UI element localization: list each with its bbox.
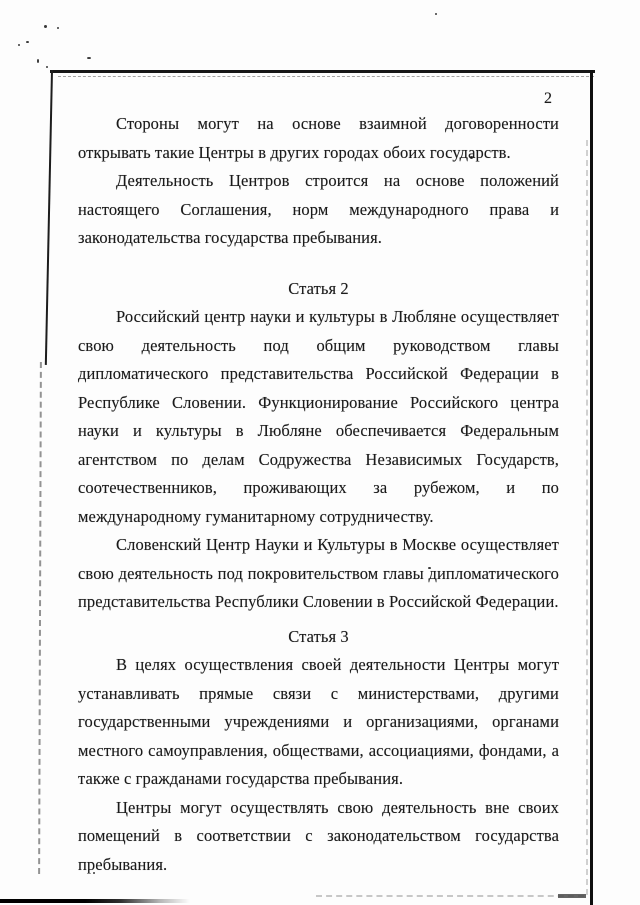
paragraph: Деятельность Центров строится на основе …	[78, 167, 559, 253]
page-border-left	[45, 70, 53, 365]
scan-speck	[87, 57, 91, 59]
paragraph: Центры могут осуществлять свою деятельно…	[78, 794, 559, 880]
scanned-document-page: 2 Стороны могут на основе взаимной догов…	[0, 0, 640, 905]
article-heading: Статья 3	[78, 623, 559, 652]
paragraph: В целях осуществления своей деятельности…	[78, 651, 559, 794]
scan-speck	[18, 44, 20, 46]
scan-speck	[57, 27, 59, 29]
page-border-bottom-dashes	[316, 895, 584, 897]
paragraph: Стороны могут на основе взаимной договор…	[78, 110, 559, 167]
page-number: 2	[536, 90, 560, 108]
page-border-bottom-chunk	[558, 894, 586, 898]
paragraph: Российский центр науки и культуры в Любл…	[78, 303, 559, 531]
page-border-top-ghost	[58, 76, 594, 77]
page-border-left-dashed	[38, 362, 42, 874]
scan-speck	[435, 13, 437, 15]
article-heading: Статья 2	[78, 275, 559, 304]
paragraph: Словенский Центр Науки и Культуры в Моск…	[78, 531, 559, 617]
document-content: Стороны могут на основе взаимной договор…	[78, 110, 559, 879]
scan-speck	[44, 25, 47, 28]
page-border-right-fringe	[586, 140, 588, 895]
scan-speck	[46, 66, 48, 68]
page-border-bottom-bar	[0, 899, 190, 903]
scan-speck	[37, 59, 39, 63]
scan-speck	[26, 41, 29, 43]
page-border-right	[590, 70, 593, 905]
page-border-top	[50, 70, 595, 73]
